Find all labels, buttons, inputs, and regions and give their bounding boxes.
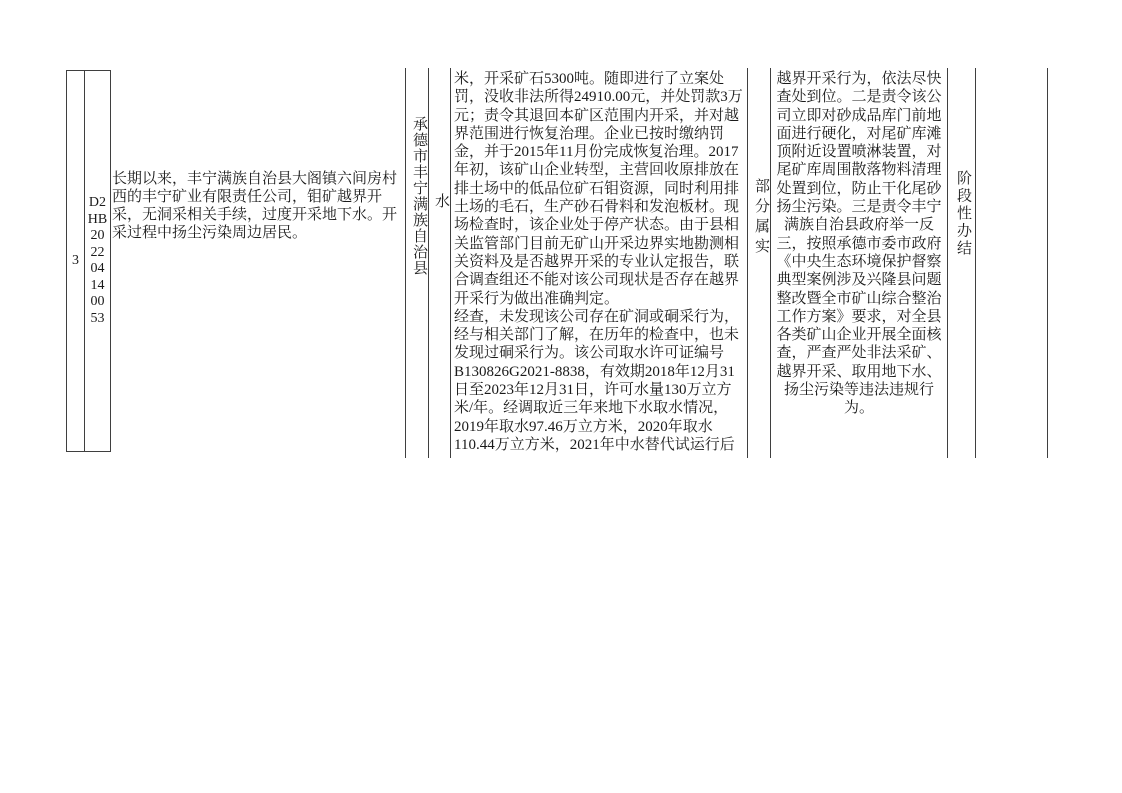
table-border-investigation-left (450, 68, 451, 458)
completion-status-cell: 阶段性办结 (953, 170, 974, 258)
investigation-cell: 米，开采矿石5300吨。随即进行了立案处罚，没收非法所得24910.00元，并处… (454, 70, 744, 454)
verification-result-cell: 部分属实 (751, 178, 772, 258)
row-number-cell: 3 (66, 70, 85, 452)
table-border-verification-left (747, 68, 748, 458)
complaint-text: 长期以来，丰宁满族自治县大阁镇六间房村西的丰宁矿业有限责任公司，钼矿越界开采，无… (112, 171, 397, 241)
document-page: 3 D2 HB 20 22 04 14 00 53 长期以来，丰宁满族自治县大阁… (0, 0, 1122, 793)
table-border-measures-left (770, 68, 771, 458)
table-border-region-left (405, 68, 406, 458)
table-border-empty-left (975, 68, 976, 458)
case-code-cell: D2 HB 20 22 04 14 00 53 (84, 70, 111, 452)
measures-text: 越界开采行为，依法尽快查处到位。二是责令该公司立即对砂成品库门前地面进行硬化，对… (776, 71, 941, 416)
row-number: 3 (72, 253, 79, 269)
investigation-paragraph-1: 米，开采矿石5300吨。随即进行了立案处罚，没收非法所得24910.00元，并处… (454, 70, 744, 308)
investigation-paragraph-2: 经查，未发现该公司存在矿洞或硐采行为，经与相关部门了解，在历年的检查中，也未发现… (454, 308, 744, 454)
region-cell: 承德市丰宁满族自治县 (409, 116, 430, 276)
category-cell: 水 (431, 193, 452, 208)
table-border-status-left (947, 68, 948, 458)
complaint-cell: 长期以来，丰宁满族自治县大阁镇六间房村西的丰宁矿业有限责任公司，钼矿越界开采，无… (112, 170, 403, 242)
case-code: D2 HB 20 22 04 14 00 53 (88, 195, 107, 327)
measures-cell: 越界开采行为，依法尽快查处到位。二是责令该公司立即对砂成品库门前地面进行硬化，对… (776, 70, 942, 418)
table-border-right (1047, 68, 1048, 458)
